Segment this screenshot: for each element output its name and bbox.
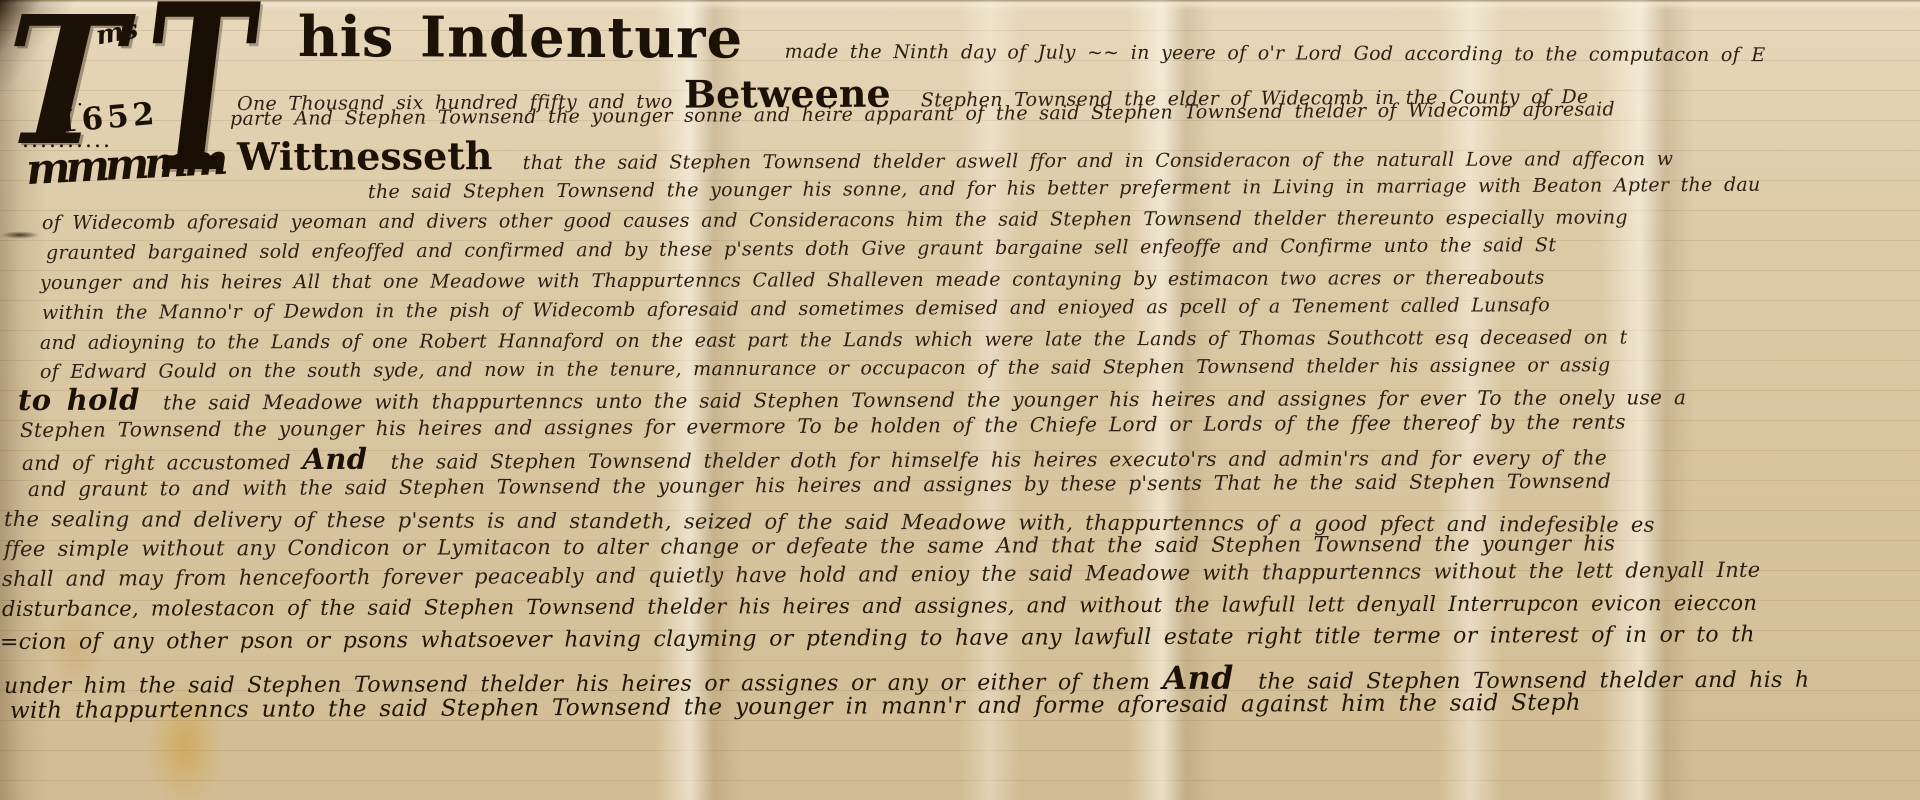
manuscript-line: within the Manno'r of Dewdon in the pish… — [42, 294, 1550, 324]
manuscript-text: the said Stephen Townsend the younger hi… — [368, 174, 1761, 203]
manuscript-line: of Widecomb aforesaid yeoman and divers … — [42, 206, 1628, 234]
manuscript-line: his Indenture made the Ninth day of July… — [298, 4, 1766, 75]
manuscript-text: and adioyning to the Lands of one Robert… — [40, 326, 1628, 354]
manuscript-line: Wittnesseth that the said Stephen Townse… — [237, 129, 1673, 179]
manuscript-line: the said Stephen Townsend the younger hi… — [368, 174, 1761, 203]
manuscript-text: within the Manno'r of Dewdon in the pish… — [42, 294, 1550, 324]
manuscript-text: =cion of any other pson or psons whatsoe… — [0, 622, 1755, 655]
display-script-text: to hold — [18, 383, 155, 417]
manuscript-text: shall and may from hencefoorth forever p… — [2, 558, 1761, 591]
manuscript-line: and adioyning to the Lands of one Robert… — [40, 326, 1628, 354]
manuscript-line: ffee simple without any Condicon or Lymi… — [4, 531, 1615, 561]
manuscript-text: and of right accustomed — [22, 450, 303, 475]
manuscript-text: graunted bargained sold enfeoffed and co… — [46, 234, 1556, 264]
manuscript-text: that the said Stephen Townsend thelder a… — [523, 148, 1674, 174]
manuscript-line: shall and may from hencefoorth forever p… — [2, 558, 1761, 591]
manuscript-text: younger and his heires All that one Mead… — [40, 267, 1545, 294]
manuscript-line: disturbance, molestacon of the said Step… — [2, 591, 1757, 621]
manuscript-line: graunted bargained sold enfeoffed and co… — [46, 234, 1556, 264]
manuscript-line: younger and his heires All that one Mead… — [40, 267, 1545, 294]
display-script-text: his Indenture — [298, 4, 769, 72]
manuscript-text: made the Ninth day of July ~~ in yeere o… — [785, 41, 1766, 66]
manuscript-text: disturbance, molestacon of the said Step… — [2, 591, 1757, 621]
manuscript-lines: his Indenture made the Ninth day of July… — [0, 0, 1920, 800]
manuscript-line: =cion of any other pson or psons whatsoe… — [0, 622, 1755, 655]
manuscript-text: ffee simple without any Condicon or Lymi… — [4, 531, 1615, 561]
display-script-text: And — [302, 442, 382, 476]
display-script-text: Wittnesseth — [237, 133, 511, 179]
manuscript-text: of Widecomb aforesaid yeoman and divers … — [42, 206, 1628, 234]
manuscript-photograph: T ms ..·.. 1652 .......... mmmmm T his I… — [0, 0, 1920, 800]
